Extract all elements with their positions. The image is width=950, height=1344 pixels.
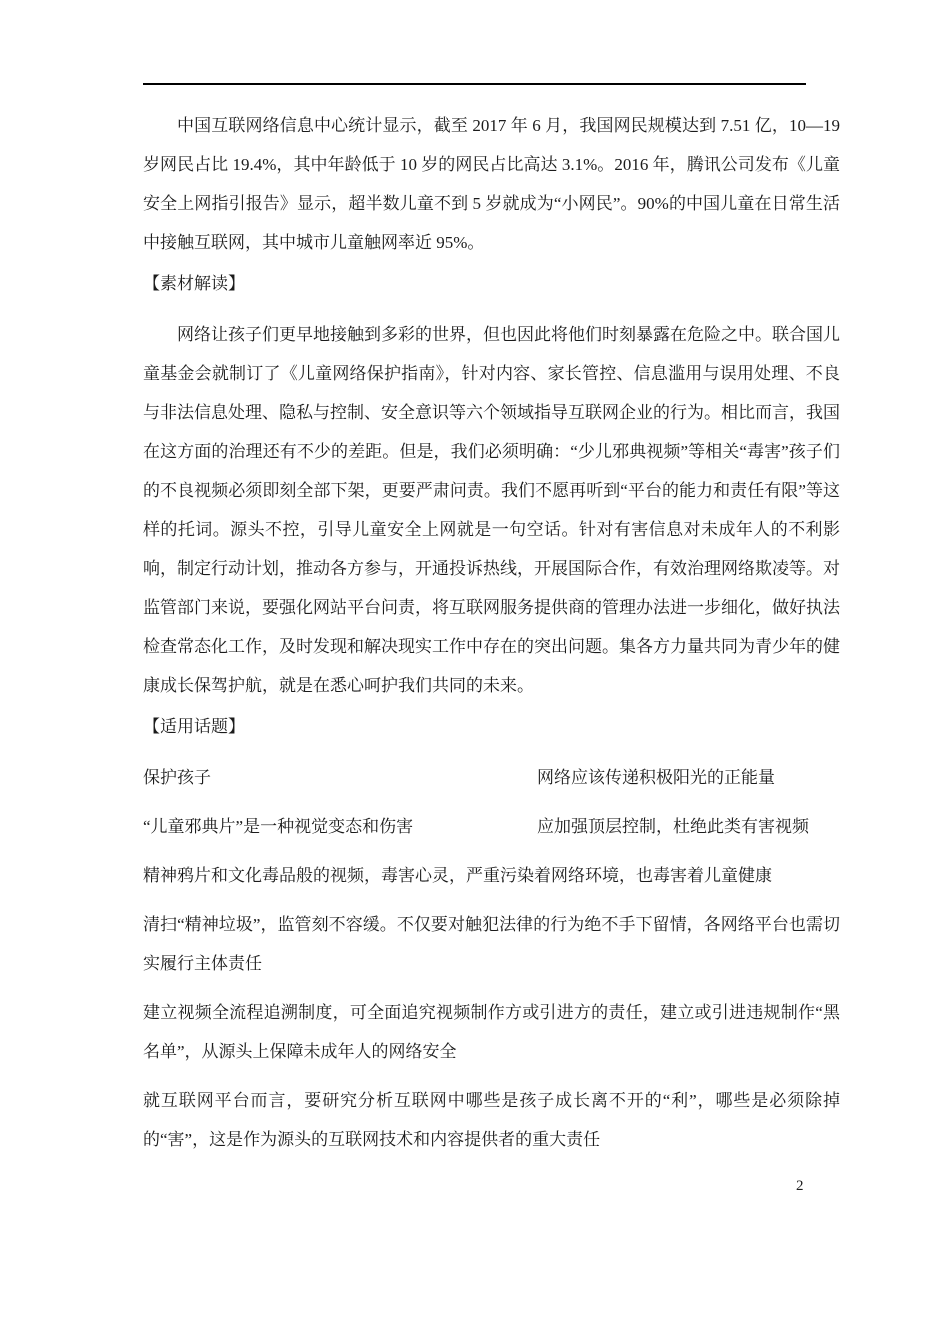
- topic-item-video-traceability: 建立视频全流程追溯制度，可全面追究视频制作方或引进方的责任，建立或引进违规制作“…: [143, 993, 840, 1071]
- section-title-applicable-topics: 【适用话题】: [143, 707, 840, 746]
- header-divider-rule: [143, 83, 806, 85]
- topic-item-top-level-control: 应加强顶层控制，杜绝此类有害视频: [537, 807, 809, 846]
- intro-statistics-paragraph: 中国互联网络信息中心统计显示，截至 2017 年 6 月，我国网民规模达到 7.…: [143, 106, 840, 262]
- material-analysis-paragraph: 网络让孩子们更早地接触到多彩的世界，但也因此将他们时刻暴露在危险之中。联合国儿童…: [143, 315, 840, 705]
- topic-item-visual-harm: “儿童邪典片”是一种视觉变态和伤害: [143, 807, 413, 846]
- page-content: 中国互联网络信息中心统计显示，截至 2017 年 6 月，我国网民规模达到 7.…: [143, 106, 840, 1159]
- topic-item-platform-responsibility: 就互联网平台而言，要研究分析互联网中哪些是孩子成长离不开的“利”，哪些是必须除掉…: [143, 1081, 840, 1159]
- topic-pair-row-2: “儿童邪典片”是一种视觉变态和伤害 应加强顶层控制，杜绝此类有害视频: [143, 807, 840, 846]
- topic-item-clean-spiritual-garbage: 清扫“精神垃圾”，监管刻不容缓。不仅要对触犯法律的行为绝不手下留情，各网络平台也…: [143, 905, 840, 983]
- topic-pair-row-1: 保护孩子 网络应该传递积极阳光的正能量: [143, 758, 840, 797]
- topic-item-positive-energy: 网络应该传递积极阳光的正能量: [537, 758, 775, 797]
- topic-item-spiritual-opium: 精神鸦片和文化毒品般的视频，毒害心灵，严重污染着网络环境，也毒害着儿童健康: [143, 856, 840, 895]
- page-number: 2: [796, 1176, 804, 1196]
- topic-item-protect-children: 保护孩子: [143, 758, 211, 797]
- section-title-material-analysis: 【素材解读】: [143, 264, 840, 303]
- document-page: 中国互联网络信息中心统计显示，截至 2017 年 6 月，我国网民规模达到 7.…: [0, 0, 950, 1344]
